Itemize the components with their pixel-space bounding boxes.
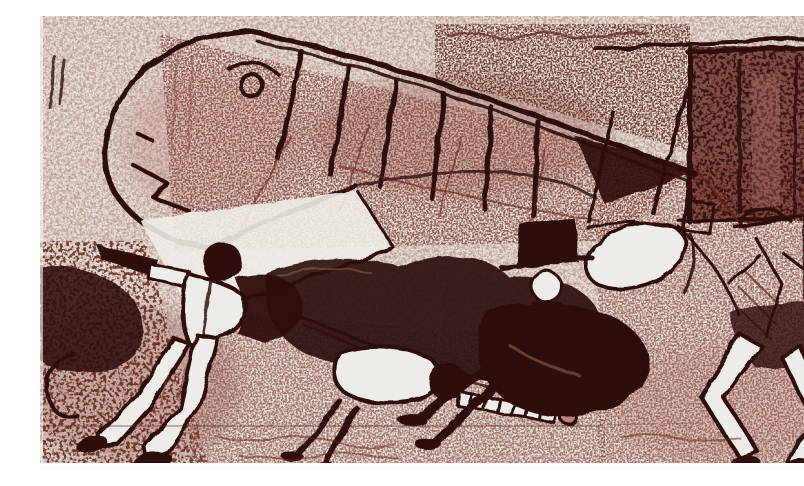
- engraving-canvas: [40, 16, 804, 470]
- vintage-engraving: [40, 16, 804, 470]
- collar: [532, 302, 562, 304]
- face: [531, 271, 561, 301]
- doorway: [680, 46, 804, 222]
- shoe: [398, 414, 426, 426]
- shoe: [415, 438, 441, 450]
- head-dark-hair: [202, 242, 242, 282]
- shirt-back: [334, 346, 439, 402]
